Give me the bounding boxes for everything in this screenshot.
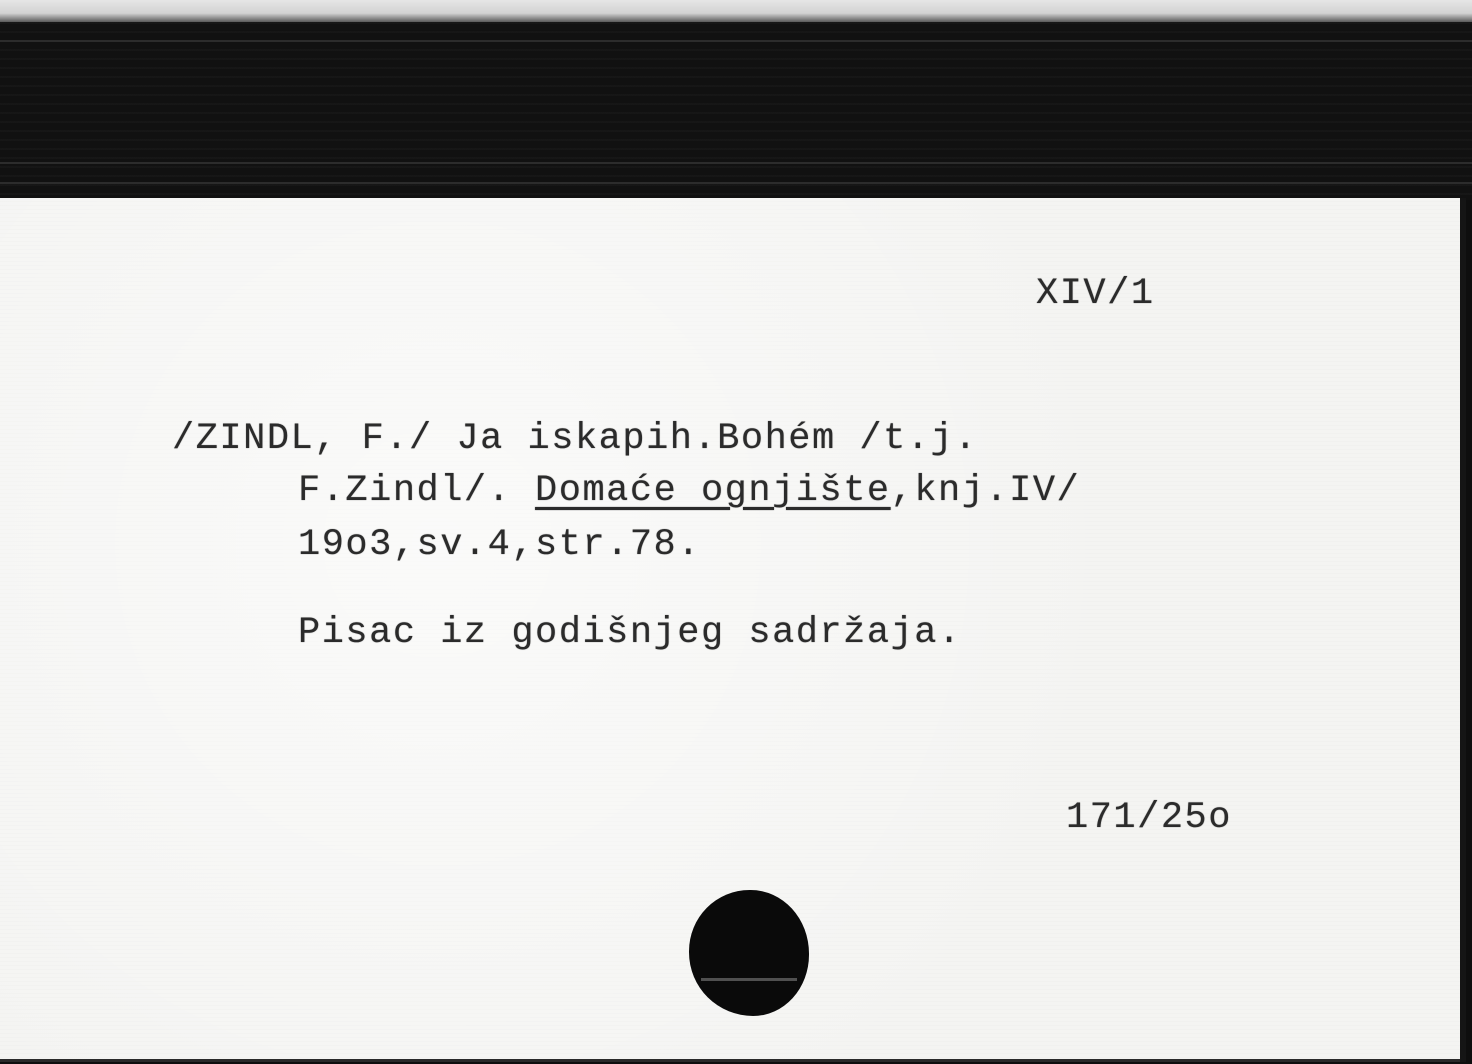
entry-source-line: F.Zindl/. Domaće ognjište,knj.IV/ (298, 470, 1080, 512)
card-note: Pisac iz godišnjeg sadržaja. (298, 612, 962, 654)
scanner-band-stripe (0, 40, 1472, 42)
scanner-band-stripe (0, 182, 1472, 184)
entry-author-title-line: /ZINDL, F./ Ja iskapih.Bohém /t.j. (172, 418, 978, 460)
scanner-band-stripe (0, 162, 1472, 164)
card-bottom-edge (0, 1059, 1460, 1062)
entry-issue-line: 19o3,sv.4,str.78. (298, 524, 701, 566)
scanner-top-strip (0, 0, 1472, 22)
entry-source-prefix: F.Zindl/. (298, 470, 535, 512)
call-number: XIV/1 (1036, 273, 1155, 315)
journal-title: Domaće ognjište (535, 470, 891, 512)
inventory-number: 171/25o (1066, 797, 1232, 839)
scanner-dark-band (0, 22, 1472, 200)
punch-hole (689, 890, 809, 1016)
punch-hole-glint (701, 978, 797, 981)
entry-source-suffix: ,knj.IV/ (891, 470, 1081, 512)
